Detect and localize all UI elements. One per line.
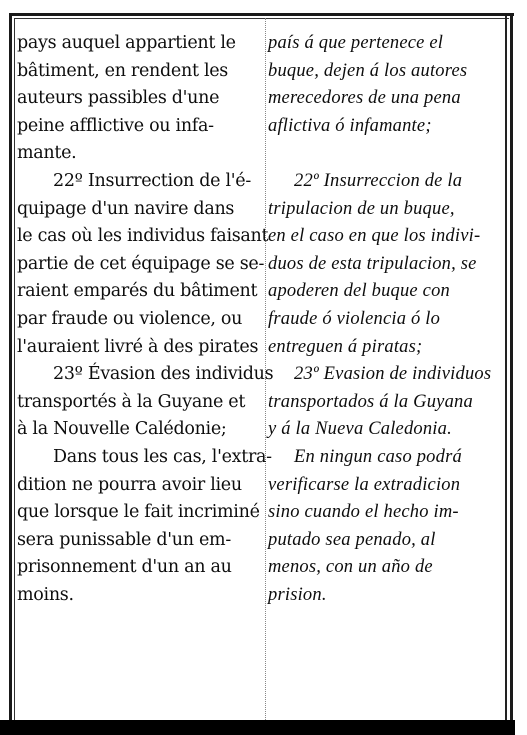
text-line: quipage d'un navire dans [17,196,263,224]
page-border-top-inner [14,18,509,19]
document-page: pays auquel appartient le bâtiment, en r… [0,0,527,735]
page-border-bottom [0,720,515,735]
text-line [268,140,504,168]
page-border-right-inner [505,16,507,721]
french-column: pays auquel appartient le bâtiment, en r… [17,30,263,609]
article-23-heading: 23º Évasion des individus [17,361,263,389]
text-line: moins. [17,582,263,610]
text-line: le cas où les individus faisant [17,223,263,251]
text-line: auteurs passibles d'une [17,85,263,113]
closing-paragraph-start: En ningun caso podrá [268,444,504,472]
text-line: país á que pertenece el [268,30,504,58]
closing-paragraph-start: Dans tous les cas, l'extra- [17,444,263,472]
text-line: putado sea penado, al [268,527,504,555]
text-line: partie de cet équipage se se- [17,251,263,279]
text-line: prisonnement d'un an au [17,554,263,582]
article-22-heading: 22º Insurrection de l'é- [17,168,263,196]
text-line: peine afflictive ou infa- [17,113,263,141]
text-line: par fraude ou violence, ou [17,306,263,334]
page-border-top [9,13,514,16]
text-line: raient emparés du bâtiment [17,278,263,306]
text-line: l'auraient livré à des pirates [17,334,263,362]
text-line: transportés à la Guyane et [17,389,263,417]
page-border-left [9,13,12,723]
text-line: y á la Nueva Caledonia. [268,416,504,444]
page-border-right [510,13,513,723]
text-line: en el caso en que los indivi- [268,223,504,251]
text-line: bâtiment, en rendent les [17,58,263,86]
page-border-left-inner [14,18,15,723]
text-line: tripulacion de un buque, [268,196,504,224]
spanish-column: país á que pertenece el buque, dejen á l… [268,30,504,609]
text-line: verificarse la extradicion [268,472,504,500]
article-23-heading: 23º Evasion de individuos [268,361,504,389]
text-line: sino cuando el hecho im- [268,499,504,527]
text-line: fraude ó violencia ó lo [268,306,504,334]
text-line: entreguen á piratas; [268,334,504,362]
text-line: mante. [17,140,263,168]
text-line: aflictiva ó infamante; [268,113,504,141]
text-line: que lorsque le fait incriminé [17,499,263,527]
article-22-heading: 22º Insurreccion de la [268,168,504,196]
text-line: dition ne pourra avoir lieu [17,472,263,500]
text-line: pays auquel appartient le [17,30,263,58]
text-line: prision. [268,582,504,610]
text-line: à la Nouvelle Calédonie; [17,416,263,444]
text-line: apoderen del buque con [268,278,504,306]
text-line: merecedores de una pena [268,85,504,113]
text-line: sera punissable d'un em- [17,527,263,555]
text-line: transportados á la Guyana [268,389,504,417]
text-line: duos de esta tripulacion, se [268,251,504,279]
text-line: buque, dejen á los autores [268,58,504,86]
text-line: menos, con un año de [268,554,504,582]
